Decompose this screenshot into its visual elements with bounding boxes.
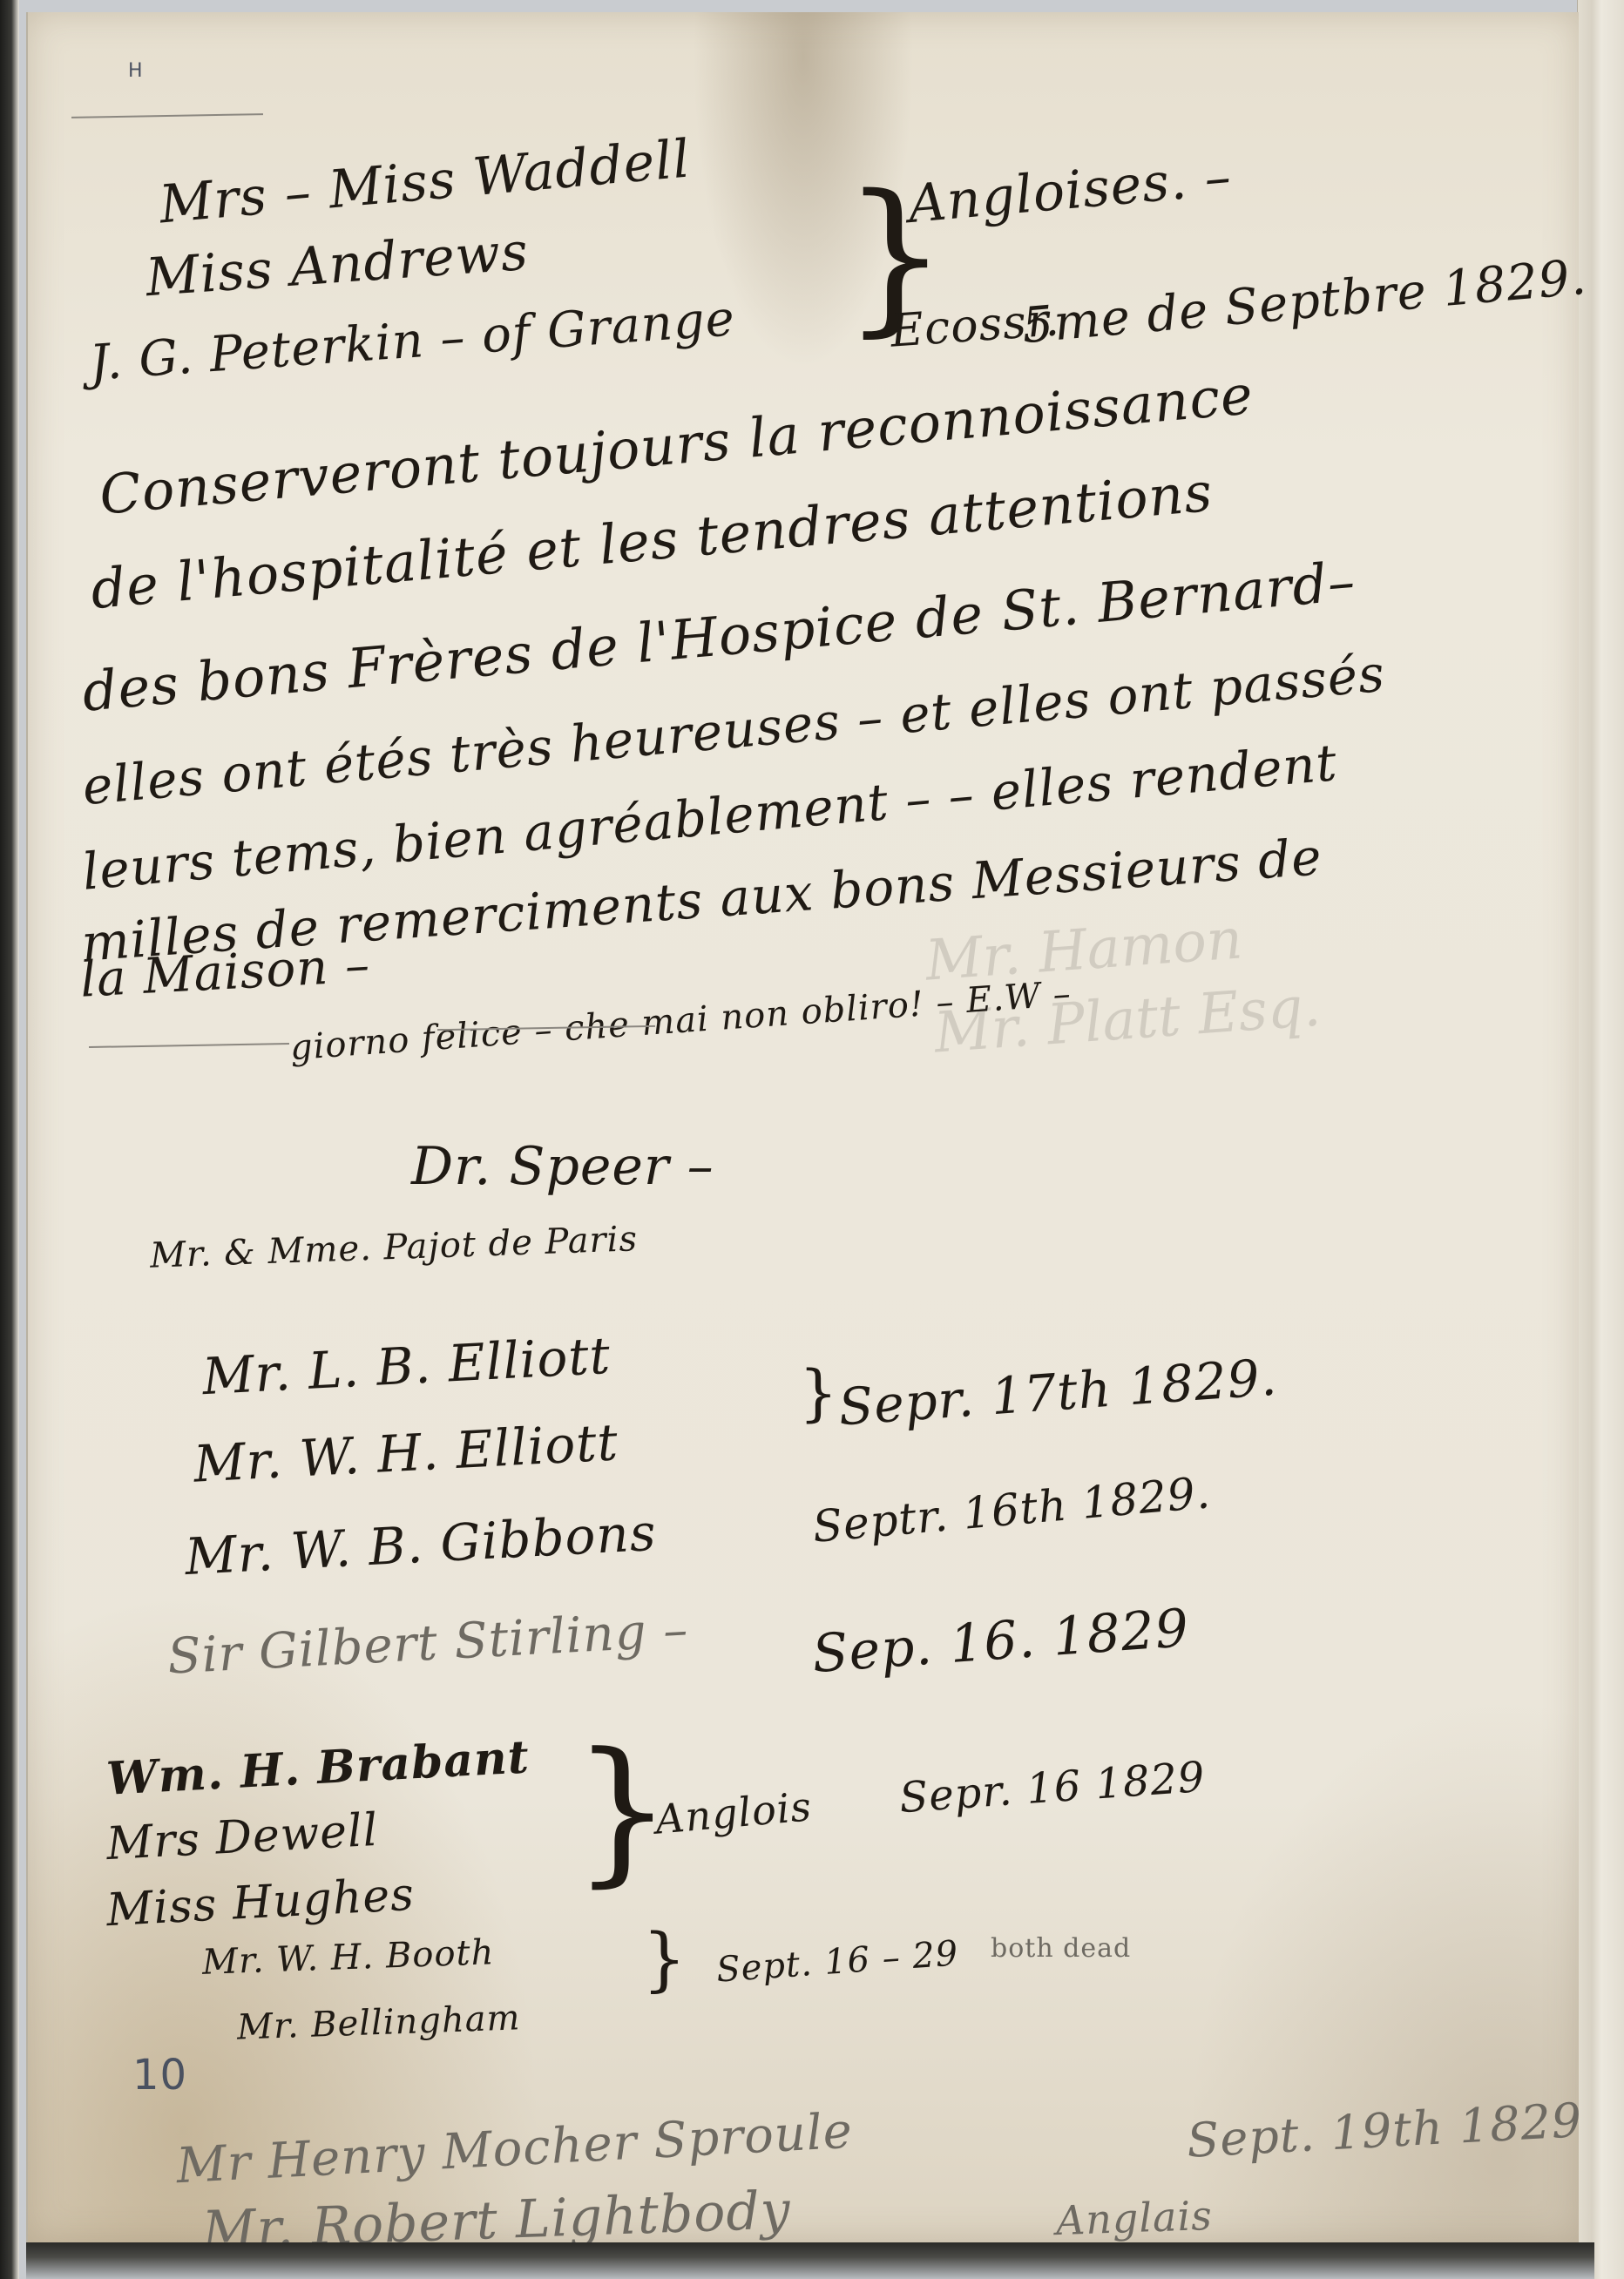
entry-1-nationality-1: Angloises. – [906, 146, 1235, 235]
entry-8-name-1: Mr. W. H. Booth [201, 1932, 495, 1983]
entry-1-name-1: Mrs – Miss Waddell [157, 128, 693, 235]
entry-5-date: Septr. 16th 1829. [810, 1467, 1212, 1552]
entry-4-date: Sepr. 17th 1829. [836, 1347, 1279, 1437]
entry-4-name-1: Mr. L. B. Elliott [201, 1326, 612, 1406]
entry-8-brace: } [642, 1924, 687, 1994]
section-divider-left [89, 1043, 289, 1048]
page-pencil-mark: H [128, 60, 144, 82]
entry-7-date: Sepr. 16 1829 [897, 1753, 1207, 1823]
entry-7-nationality: Anglois [653, 1782, 814, 1843]
entry-1-date: 5me de Septbre 1829. [1019, 249, 1588, 355]
entry-6-name: Sir Gilbert Stirling – [166, 1601, 690, 1685]
entry-8-annotation: both dead [991, 1933, 1131, 1964]
entry-5-name: Mr. W. B. Gibbons [184, 1503, 658, 1586]
entry-7-name-1: Wm. H. Brabant [105, 1730, 531, 1805]
entry-8-name-2: Mr. Bellingham [236, 1998, 521, 2047]
entry-8-date: Sept. 16 – 29 [715, 1933, 960, 1990]
entry-9-date: Sept. 19th 1829 [1186, 2093, 1584, 2168]
entry-10-nationality: Anglais [1055, 2192, 1214, 2244]
top-divider [71, 113, 263, 118]
entry-3-name: Mr. & Mme. Pajot de Paris [149, 1219, 638, 1276]
book-bottom-edge [26, 2242, 1594, 2279]
page-gutter-right [1577, 0, 1624, 2279]
entry-4-name-2: Mr. W. H. Elliott [193, 1412, 620, 1493]
entry-1-name-2: Miss Andrews [144, 221, 531, 309]
entry-7-name-3: Miss Hughes [105, 1869, 416, 1937]
entry-7-name-2: Mrs Dewell [105, 1804, 380, 1870]
book-binding-left [0, 0, 19, 2279]
entry-4-brace: } [799, 1363, 838, 1424]
page-number-pencil: 10 [132, 2051, 187, 2100]
entry-2-name: Dr. Speer – [411, 1136, 714, 1197]
register-page: Mr. Hamon Mr. Platt Esq. H Mrs – Miss Wa… [26, 12, 1579, 2242]
entry-6-date: Sep. 16. 1829 [810, 1598, 1191, 1685]
